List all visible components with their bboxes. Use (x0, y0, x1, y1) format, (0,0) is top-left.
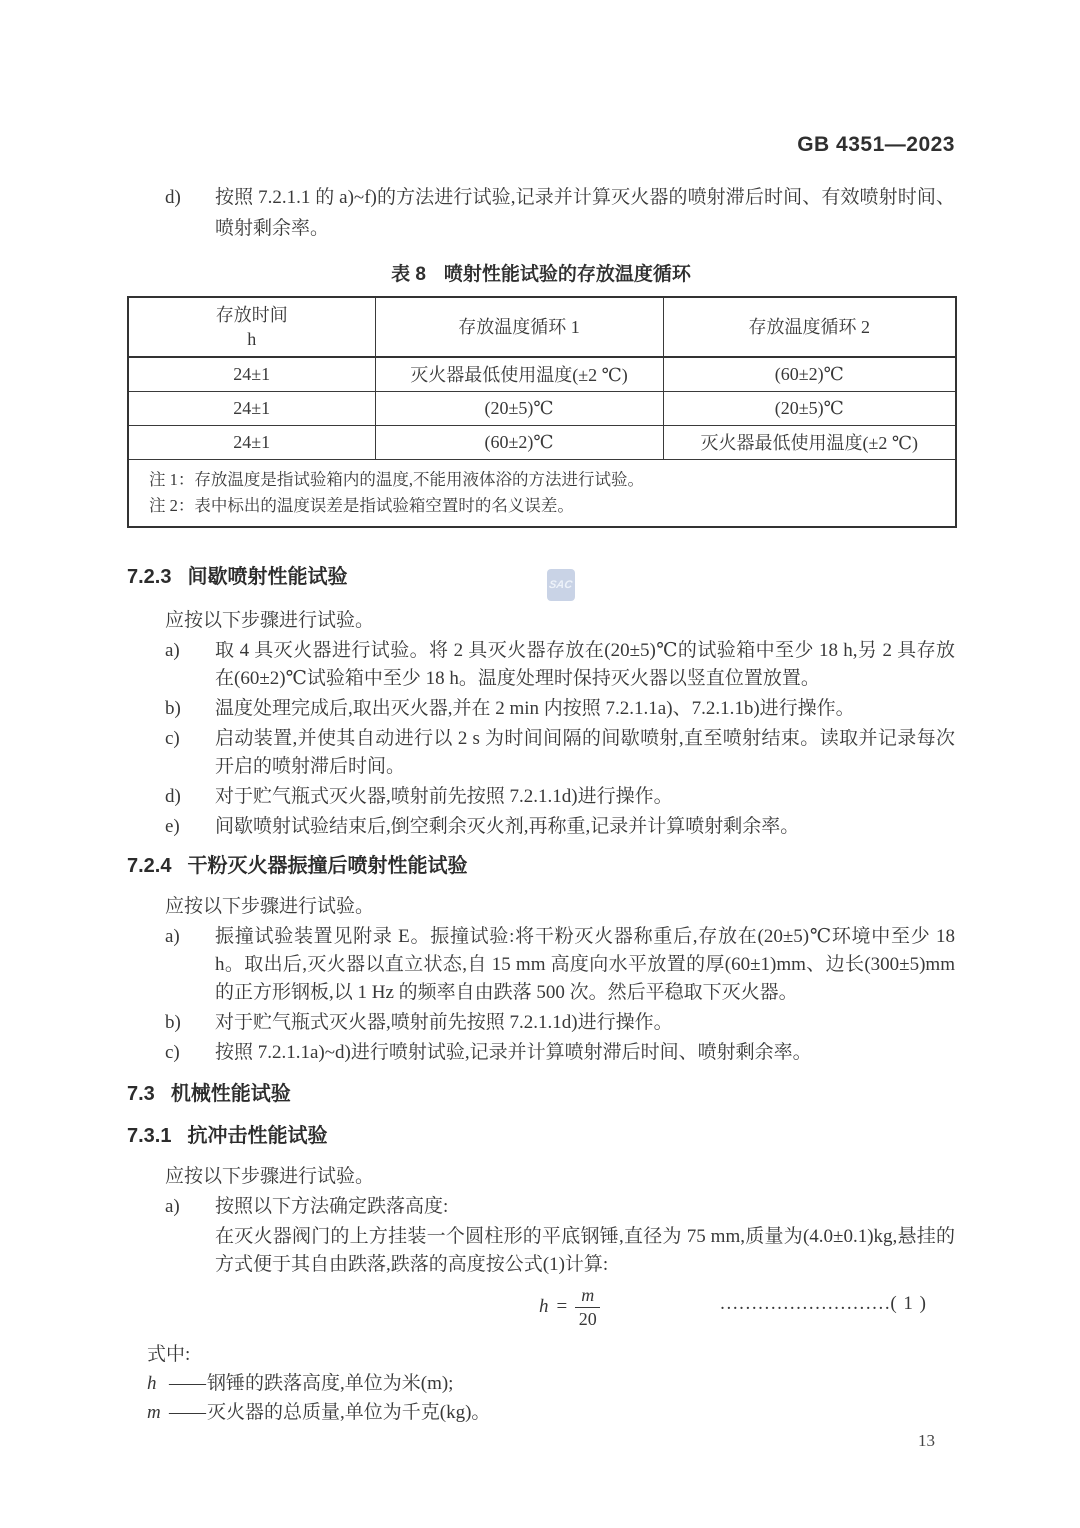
formula-equals: = (557, 1296, 568, 1318)
item-text: 按照 7.2.1.1 的 a)~f)的方法进行试验,记录并计算灭火器的喷射滞后时… (215, 182, 955, 244)
header-cycle-1: 存放温度循环 1 (375, 297, 663, 357)
header-cycle-2: 存放温度循环 2 (663, 297, 956, 357)
definition-text: 钢锤的跌落高度,单位为米(m); (207, 1370, 453, 1398)
item-text: 取 4 具灭火器进行试验。将 2 具灭火器存放在(20±5)℃的试验箱中至少 1… (215, 637, 955, 693)
item-text: 对于贮气瓶式灭火器,喷射前先按照 7.2.1.1d)进行操作。 (215, 783, 955, 811)
table-caption-title: 喷射性能试验的存放温度循环 (444, 264, 691, 285)
formula-h-equals-m-over-20: h = m 20 (539, 1285, 600, 1330)
item-label: a) (165, 923, 215, 1007)
table-row: 24±1 (60±2)℃ 灭火器最低使用温度(±2 ℃) (128, 425, 956, 459)
table-8-storage-temperature-cycles: 存放时间 h 存放温度循环 1 存放温度循环 2 24±1 灭火器最低使用温度(… (127, 296, 957, 528)
list-item: a) 取 4 具灭火器进行试验。将 2 具灭火器存放在(20±5)℃的试验箱中至… (127, 637, 955, 693)
item-label: a) (165, 637, 215, 693)
list-item: c) 启动装置,并使其自动进行以 2 s 为时间间隔的间歇喷射,直至喷射结束。读… (127, 725, 955, 781)
sac-watermark-logo: SAC (547, 569, 575, 601)
formula-lhs: h (539, 1296, 549, 1318)
definition-row-m: m —— 灭火器的总质量,单位为千克(kg)。 (127, 1399, 955, 1427)
table-row: 24±1 (20±5)℃ (20±5)℃ (128, 391, 956, 425)
item-label: e) (165, 813, 215, 841)
section-heading-7-2-4: 7.2.4干粉灭火器振撞后喷射性能试验 (127, 853, 955, 879)
definition-row-h: h —— 钢锤的跌落高度,单位为米(m); (127, 1370, 955, 1398)
section-intro: 应按以下步骤进行试验。 (127, 1163, 955, 1191)
definition-dash: —— (169, 1370, 205, 1398)
definition-symbol: h (147, 1370, 169, 1398)
list-item: b) 对于贮气瓶式灭火器,喷射前先按照 7.2.1.1d)进行操作。 (127, 1009, 955, 1037)
hammer-drop-paragraph: 在灭火器阀门的上方挂装一个圆柱形的平底钢锤,直径为 75 mm,质量为(4.0±… (215, 1223, 955, 1279)
table-notes-cell: 注 1：存放温度是指试验箱内的温度,不能用液体浴的方法进行试验。 注 2：表中标… (128, 459, 956, 527)
table-header-row: 存放时间 h 存放温度循环 1 存放温度循环 2 (128, 297, 956, 357)
table-notes-row: 注 1：存放温度是指试验箱内的温度,不能用液体浴的方法进行试验。 注 2：表中标… (128, 459, 956, 527)
cell-cycle2: 灭火器最低使用温度(±2 ℃) (663, 425, 956, 459)
cell-cycle2: (60±2)℃ (663, 357, 956, 391)
section-title: 干粉灭火器振撞后喷射性能试验 (187, 855, 467, 877)
list-item: a) 振撞试验装置见附录 E。振撞试验:将干粉灭火器称重后,存放在(20±5)℃… (127, 923, 955, 1007)
section-number: 7.2.4 (127, 855, 171, 877)
item-text: 振撞试验装置见附录 E。振撞试验:将干粉灭火器称重后,存放在(20±5)℃环境中… (215, 923, 955, 1007)
formula-denominator: 20 (575, 1308, 600, 1330)
clause-item-d: d) 按照 7.2.1.1 的 a)~f)的方法进行试验,记录并计算灭火器的喷射… (127, 182, 955, 244)
table-row: 24±1 灭火器最低使用温度(±2 ℃) (60±2)℃ (128, 357, 956, 391)
formula-1-row: h = m 20 ………………………( 1 ) (127, 1281, 955, 1335)
item-label: d) (165, 783, 215, 811)
header-storage-time-label: 存放时间 (129, 303, 375, 327)
item-label: b) (165, 1009, 215, 1037)
item-text: 按照 7.2.1.1a)~d)进行喷射试验,记录并计算喷射滞后时间、喷射剩余率。 (215, 1039, 955, 1067)
section-title: 机械性能试验 (171, 1083, 291, 1105)
table-caption-prefix: 表 8 (391, 264, 426, 285)
cell-cycle1: (20±5)℃ (375, 391, 663, 425)
formula-numerator: m (575, 1285, 600, 1308)
item-label: c) (165, 1039, 215, 1067)
table-note-1: 注 1：存放温度是指试验箱内的温度,不能用液体浴的方法进行试验。 (149, 467, 943, 493)
item-text: 间歇喷射试验结束后,倒空剩余灭火剂,再称重,记录并计算喷射剩余率。 (215, 813, 955, 841)
section-heading-7-3-1: 7.3.1抗冲击性能试验 (127, 1123, 955, 1149)
standard-number-header: GB 4351—2023 (127, 132, 955, 158)
section-intro: 应按以下步骤进行试验。 (127, 893, 955, 921)
definition-text: 灭火器的总质量,单位为千克(kg)。 (207, 1399, 490, 1427)
list-item: b) 温度处理完成后,取出灭火器,并在 2 min 内按照 7.2.1.1a)、… (127, 695, 955, 723)
item-label: d) (165, 182, 215, 244)
cell-time: 24±1 (128, 391, 375, 425)
list-item: a) 按照以下方法确定跌落高度: (127, 1193, 955, 1221)
section-number: 7.3 (127, 1083, 155, 1105)
item-label: a) (165, 1193, 215, 1221)
cell-time: 24±1 (128, 357, 375, 391)
item-text: 对于贮气瓶式灭火器,喷射前先按照 7.2.1.1d)进行操作。 (215, 1009, 955, 1037)
item-label: c) (165, 725, 215, 781)
section-intro: 应按以下步骤进行试验。 (127, 607, 955, 635)
cell-cycle2: (20±5)℃ (663, 391, 956, 425)
list-item: c) 按照 7.2.1.1a)~d)进行喷射试验,记录并计算喷射滞后时间、喷射剩… (127, 1039, 955, 1067)
formula-reference: ………………………( 1 ) (719, 1293, 927, 1315)
item-label: b) (165, 695, 215, 723)
section-heading-7-3: 7.3机械性能试验 (127, 1081, 955, 1107)
table-note-2: 注 2：表中标出的温度误差是指试验箱空置时的名义误差。 (149, 493, 943, 519)
item-text: 按照以下方法确定跌落高度: (215, 1193, 955, 1221)
formula-number: ( 1 ) (890, 1293, 927, 1314)
section-number: 7.2.3 (127, 566, 171, 588)
page-number: 13 (127, 1431, 955, 1451)
list-item: d) 对于贮气瓶式灭火器,喷射前先按照 7.2.1.1d)进行操作。 (127, 783, 955, 811)
section-number: 7.3.1 (127, 1125, 171, 1147)
sac-watermark-text: SAC (549, 579, 574, 591)
item-text: 启动装置,并使其自动进行以 2 s 为时间间隔的间歇喷射,直至喷射结束。读取并记… (215, 725, 955, 781)
item-text: 温度处理完成后,取出灭火器,并在 2 min 内按照 7.2.1.1a)、7.2… (215, 695, 955, 723)
cell-cycle1: (60±2)℃ (375, 425, 663, 459)
header-storage-time-unit: h (129, 327, 375, 351)
section-title: 间歇喷射性能试验 (187, 566, 347, 588)
document-page: GB 4351—2023 d) 按照 7.2.1.1 的 a)~f)的方法进行试… (0, 0, 1080, 1451)
definition-dash: —— (169, 1399, 205, 1427)
header-storage-time: 存放时间 h (128, 297, 375, 357)
formula-fraction: m 20 (575, 1285, 600, 1330)
formula-leader-dots: ……………………… (719, 1293, 890, 1314)
table-8-caption: 表 8喷射性能试验的存放温度循环 (127, 262, 955, 288)
cell-time: 24±1 (128, 425, 375, 459)
cell-cycle1: 灭火器最低使用温度(±2 ℃) (375, 357, 663, 391)
section-heading-7-2-3: 7.2.3间歇喷射性能试验 (127, 564, 955, 590)
list-item: e) 间歇喷射试验结束后,倒空剩余灭火剂,再称重,记录并计算喷射剩余率。 (127, 813, 955, 841)
definition-symbol: m (147, 1399, 169, 1427)
section-title: 抗冲击性能试验 (187, 1125, 327, 1147)
where-clause-label: 式中: (127, 1341, 955, 1369)
